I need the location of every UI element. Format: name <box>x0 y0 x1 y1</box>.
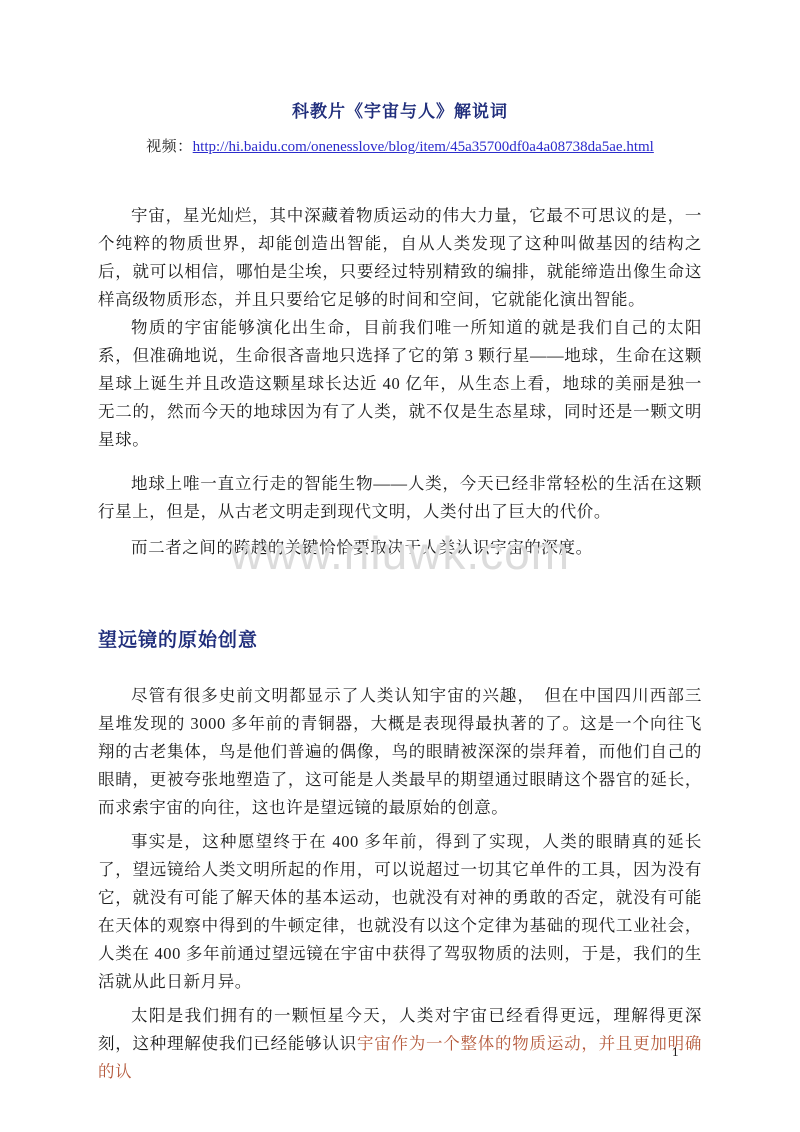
video-link-line: 视频：http://hi.baidu.com/onenesslove/blog/… <box>0 136 800 158</box>
section-heading-telescope: 望远镜的原始创意 <box>98 628 702 654</box>
video-url-link[interactable]: http://hi.baidu.com/onenesslove/blog/ite… <box>193 139 654 155</box>
page-number: 1 <box>672 1044 679 1060</box>
paragraph-sun-understanding: 太阳是我们拥有的一颗恒星今天，人类对宇宙已经看得更远，理解得更深刻，这种理解使我… <box>98 1002 702 1086</box>
video-label: 视频： <box>146 139 193 155</box>
paragraph-universe-intro: 宇宙，星光灿烂，其中深藏着物质运动的伟大力量，它最不可思议的是，一个纯粹的物质世… <box>98 202 702 314</box>
paragraph-human-civilization: 地球上唯一直立行走的智能生物——人类，今天已经非常轻松的生活在这颗行星上，但是，… <box>98 470 702 526</box>
paragraph-telescope-history: 事实是，这种愿望终于在 400 多年前，得到了实现，人类的眼睛真的延长了，望远镜… <box>98 828 702 996</box>
document-title: 科教片《宇宙与人》解说词 <box>0 0 800 122</box>
paragraph-sanxingdui-bronze: 尽管有很多史前文明都显示了人类认知宇宙的兴趣， 但在中国四川西部三星堆发现的 3… <box>98 682 702 822</box>
paragraph-key-depth: 而二者之间的跨越的关键恰恰要取决于人类认识宇宙的深度。 <box>98 534 702 562</box>
paragraph-life-on-earth: 物质的宇宙能够演化出生命，目前我们唯一所知道的就是我们自己的太阳系，但准确地说，… <box>98 314 702 454</box>
document-page: 科教片《宇宙与人》解说词 视频：http://hi.baidu.com/onen… <box>0 0 800 1132</box>
